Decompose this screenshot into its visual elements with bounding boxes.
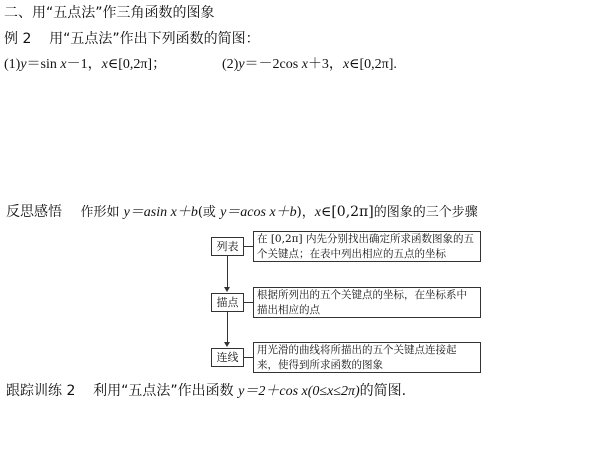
step-description-box: 在 [0,2π] 内先分别找出确定所求函数图象的五个关键点；在表中列出相应的五点… <box>253 231 481 262</box>
reflection-label: 反思感悟 <box>6 204 62 220</box>
expr: －1， <box>67 57 102 72</box>
follow-up-text-a: 利用“五点法”作出函数 <box>93 383 238 399</box>
step-description-box: 根据所列出的五个关键点的坐标，在坐标系中描出相应的点 <box>253 287 481 318</box>
follow-up-text-b: 的简图. <box>360 383 406 399</box>
connector-line <box>243 357 253 358</box>
expr: ＋3， <box>308 57 343 72</box>
connector-line <box>243 302 253 303</box>
reflection-line: 反思感悟 作形如 y＝asin x＋b(或 y＝acos x＋b)，x∈[0,2… <box>6 201 478 221</box>
step-label-box: 列表 <box>211 237 244 256</box>
arrow-down-icon <box>224 287 230 292</box>
step-label-box: 描点 <box>211 293 244 312</box>
follow-up-label: 跟踪训练 2 <box>6 383 75 399</box>
follow-up-exercise: 跟踪训练 2 利用“五点法”作出函数 y＝2＋cos x(0≤x≤2π)的简图. <box>6 380 406 400</box>
step-description-box: 用光滑的曲线将所描出的五个关键点连接起来，使得到所求函数的图象 <box>253 342 481 373</box>
reflection-text-d: 的图象的三个步骤 <box>374 205 478 220</box>
formula-1: y＝asin x＋b <box>124 205 198 220</box>
expr: ＝－2cos <box>245 57 302 72</box>
reflection-text-c: )， <box>297 205 315 220</box>
arrow-down-icon <box>224 342 230 347</box>
domain: ∈[0,2π]； <box>108 57 166 72</box>
step-label-box: 连线 <box>211 348 244 367</box>
domain: ∈[0,2π] <box>321 204 374 220</box>
domain: ∈[0,2π]. <box>349 57 397 72</box>
section-heading: 二、用“五点法”作三角函数的图象 <box>4 2 215 22</box>
part-number: (1) <box>4 57 20 72</box>
connector-line <box>243 246 253 247</box>
example-heading: 例 2 用“五点法”作出下列函数的简图： <box>4 28 260 48</box>
part-number: (2) <box>222 57 238 72</box>
example-text: 用“五点法”作出下列函数的简图： <box>49 31 260 47</box>
connector-line <box>227 312 228 345</box>
example-part-1: (1)y＝sin x－1，x∈[0,2π]； <box>4 53 166 73</box>
formula-2: y＝acos x＋b <box>220 205 297 220</box>
expr: ＝sin <box>27 57 61 72</box>
connector-line <box>227 256 228 290</box>
reflection-text-b: (或 <box>198 205 220 220</box>
example-part-2: (2)y＝－2cos x＋3，x∈[0,2π]. <box>222 53 397 73</box>
follow-up-formula: y＝2＋cos x(0≤x≤2π) <box>238 384 360 399</box>
reflection-text-a: 作形如 <box>80 205 123 220</box>
example-label: 例 2 <box>4 31 31 47</box>
